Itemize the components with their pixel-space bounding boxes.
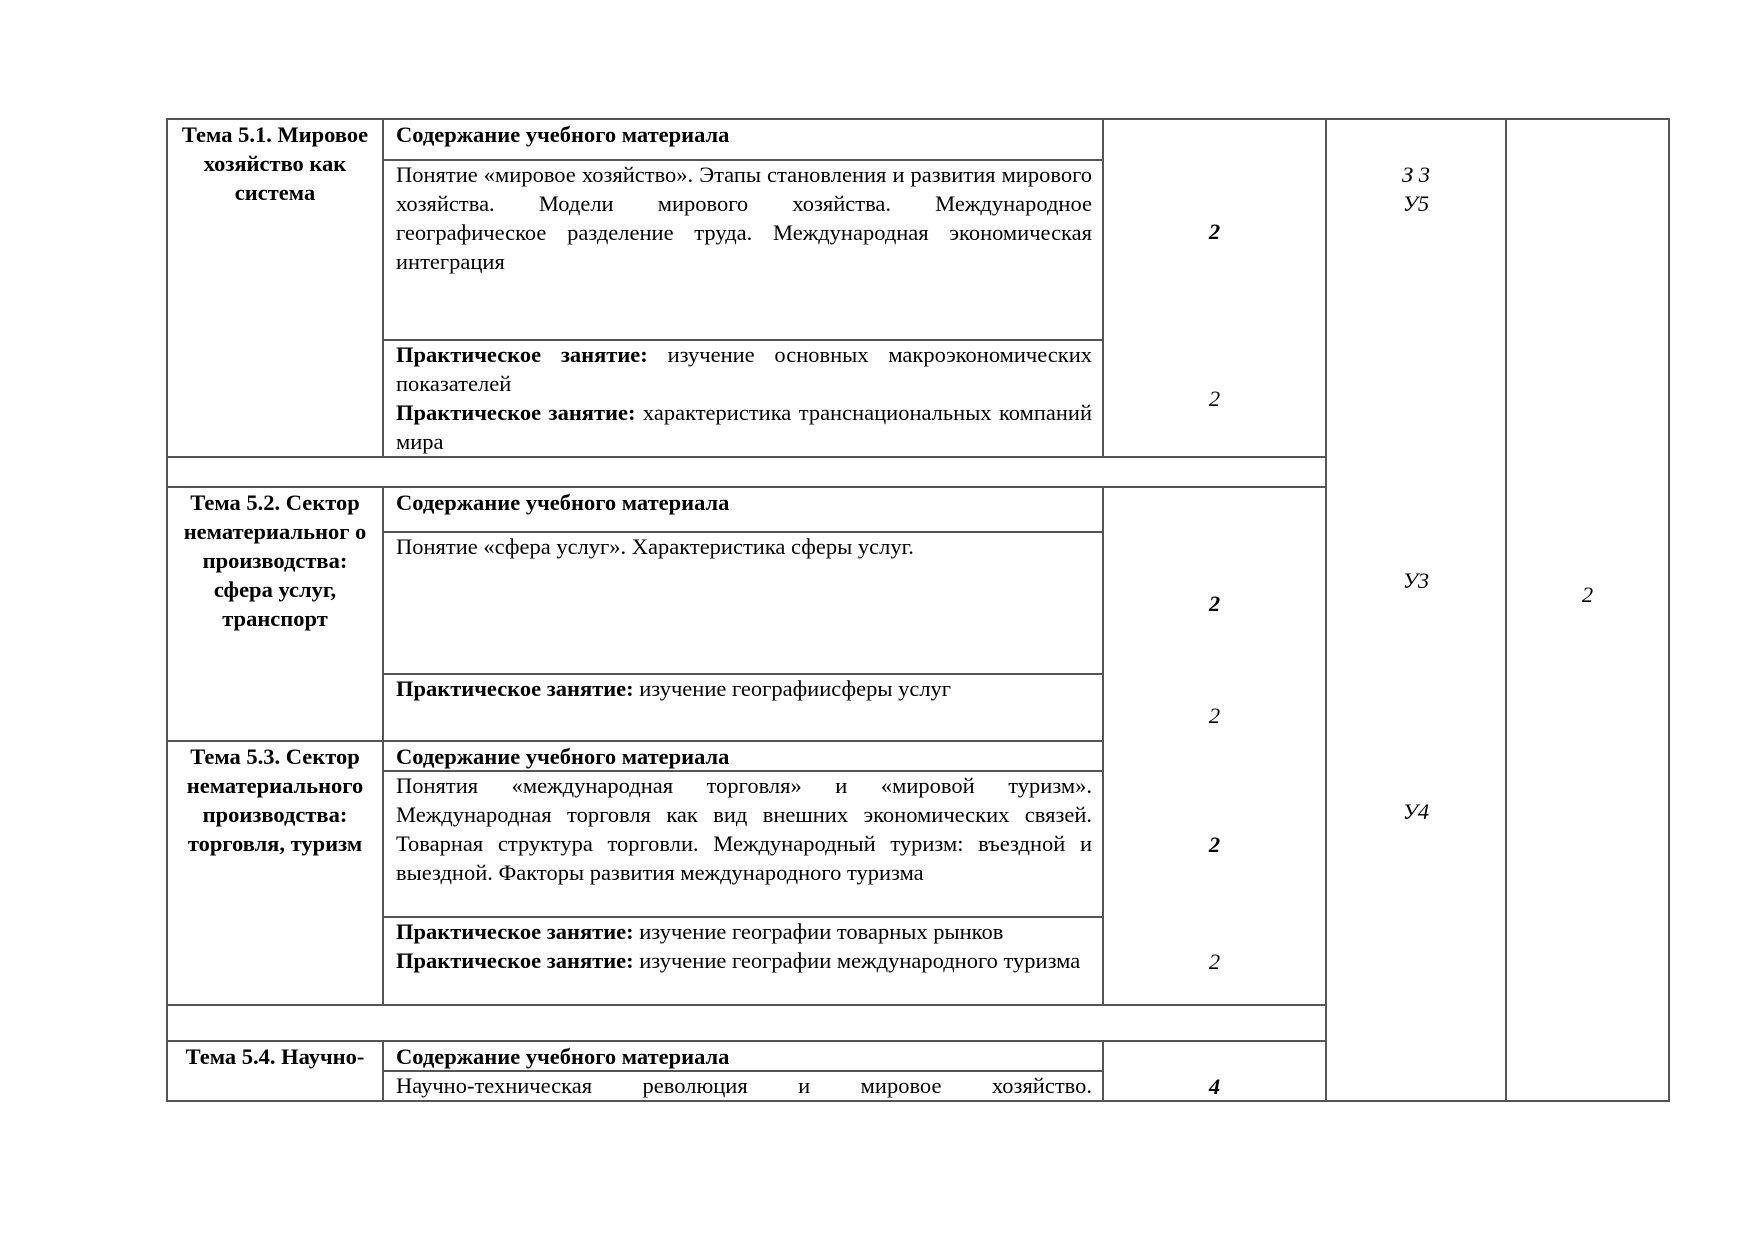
practice-desc: изучение географии товарных рынков [639,919,1003,944]
practice-text: Практическое занятие: изучение географии… [384,674,1102,703]
competency-code: З 3 [1327,160,1505,189]
table-border [1668,118,1670,1102]
practice-label: Практическое занятие: [396,676,634,701]
content-text: Научно-техническая революция и мировое х… [384,1071,1102,1100]
competency-codes: З 3 У5 [1327,160,1505,218]
table-border [166,1100,1670,1102]
topic-title: Тема 5.2. Сектор нематериальног о произв… [168,488,382,633]
competency-code: У5 [1327,189,1505,218]
content-text: Понятие «сфера услуг». Характеристика сф… [384,532,1102,561]
level-value: 2 [1507,580,1668,609]
practice-text: Практическое занятие: изучение географии… [384,917,1102,975]
competency-code: У3 [1327,566,1505,595]
practice-label: Практическое занятие: [396,400,635,425]
content-header: Содержание учебного материала [384,120,1102,149]
topic-title: Тема 5.1. Мировое хозяйство как система [168,120,382,207]
practice-label: Практическое занятие: [396,919,634,944]
hours-value: 2 [1104,533,1325,673]
practice-desc: изучение географиисферы услуг [639,676,951,701]
content-header: Содержание учебного материала [384,742,1102,771]
topic-title: Тема 5.4. Научно- [168,1042,382,1071]
hours-value: 2 [1104,341,1325,456]
table-border [166,456,1327,458]
topic-title: Тема 5.3. Сектор нематериального произво… [168,742,382,858]
hours-value: 2 [1104,690,1325,740]
content-text: Понятие «мировое хозяйство». Этапы стано… [384,160,1102,276]
practice-label: Практическое занятие: [396,948,634,973]
practice-label: Практическое занятие: [396,342,648,367]
practice-text: Практическое занятие: изучение основных … [384,340,1102,456]
hours-value: 2 [1104,918,1325,1004]
content-text: Понятия «международная торговля» и «миро… [384,771,1102,887]
practice-desc: изучение географии международного туризм… [639,948,1080,973]
hours-value: 2 [1104,161,1325,301]
table-border [1505,118,1507,1102]
competency-code: У4 [1327,797,1505,826]
hours-value: 2 [1104,772,1325,916]
table-border [166,1004,1327,1006]
content-header: Содержание учебного материала [384,488,1102,517]
table-border [1325,118,1327,1102]
hours-value: 4 [1104,1071,1325,1101]
content-header: Содержание учебного материала [384,1042,1102,1071]
